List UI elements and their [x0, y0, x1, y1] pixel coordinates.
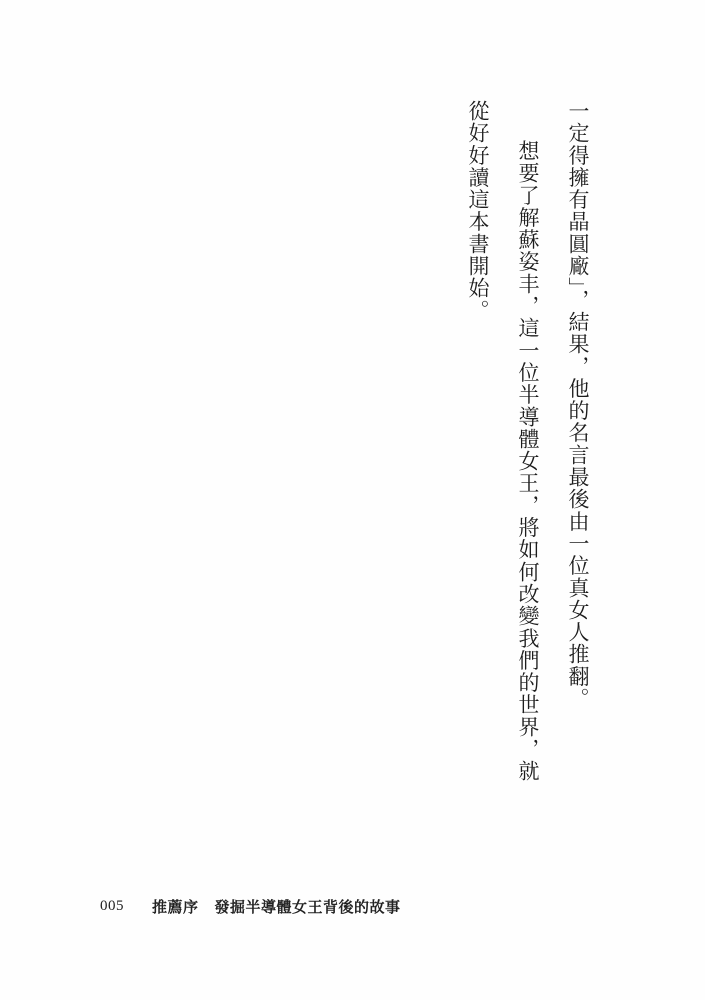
text-column-2: 想要了解蘇姿丰，這一位半導體女王，將如何改變我們的世界，就: [516, 140, 540, 782]
text-column-3: 從好好讀這本書開始。: [466, 100, 490, 322]
page-number: 005: [100, 898, 152, 915]
page-footer: 005 推薦序 發掘半導體女王背後的故事: [100, 895, 401, 917]
section-label: 推薦序: [152, 896, 199, 917]
running-title: 發掘半導體女王背後的故事: [215, 896, 401, 917]
text-column-1: 一定得擁有晶圓廠」，結果，他的名言最後由一位真女人推翻。: [566, 100, 590, 710]
book-page: 一定得擁有晶圓廠」，結果，他的名言最後由一位真女人推翻。 想要了解蘇姿丰，這一位…: [0, 0, 705, 1000]
